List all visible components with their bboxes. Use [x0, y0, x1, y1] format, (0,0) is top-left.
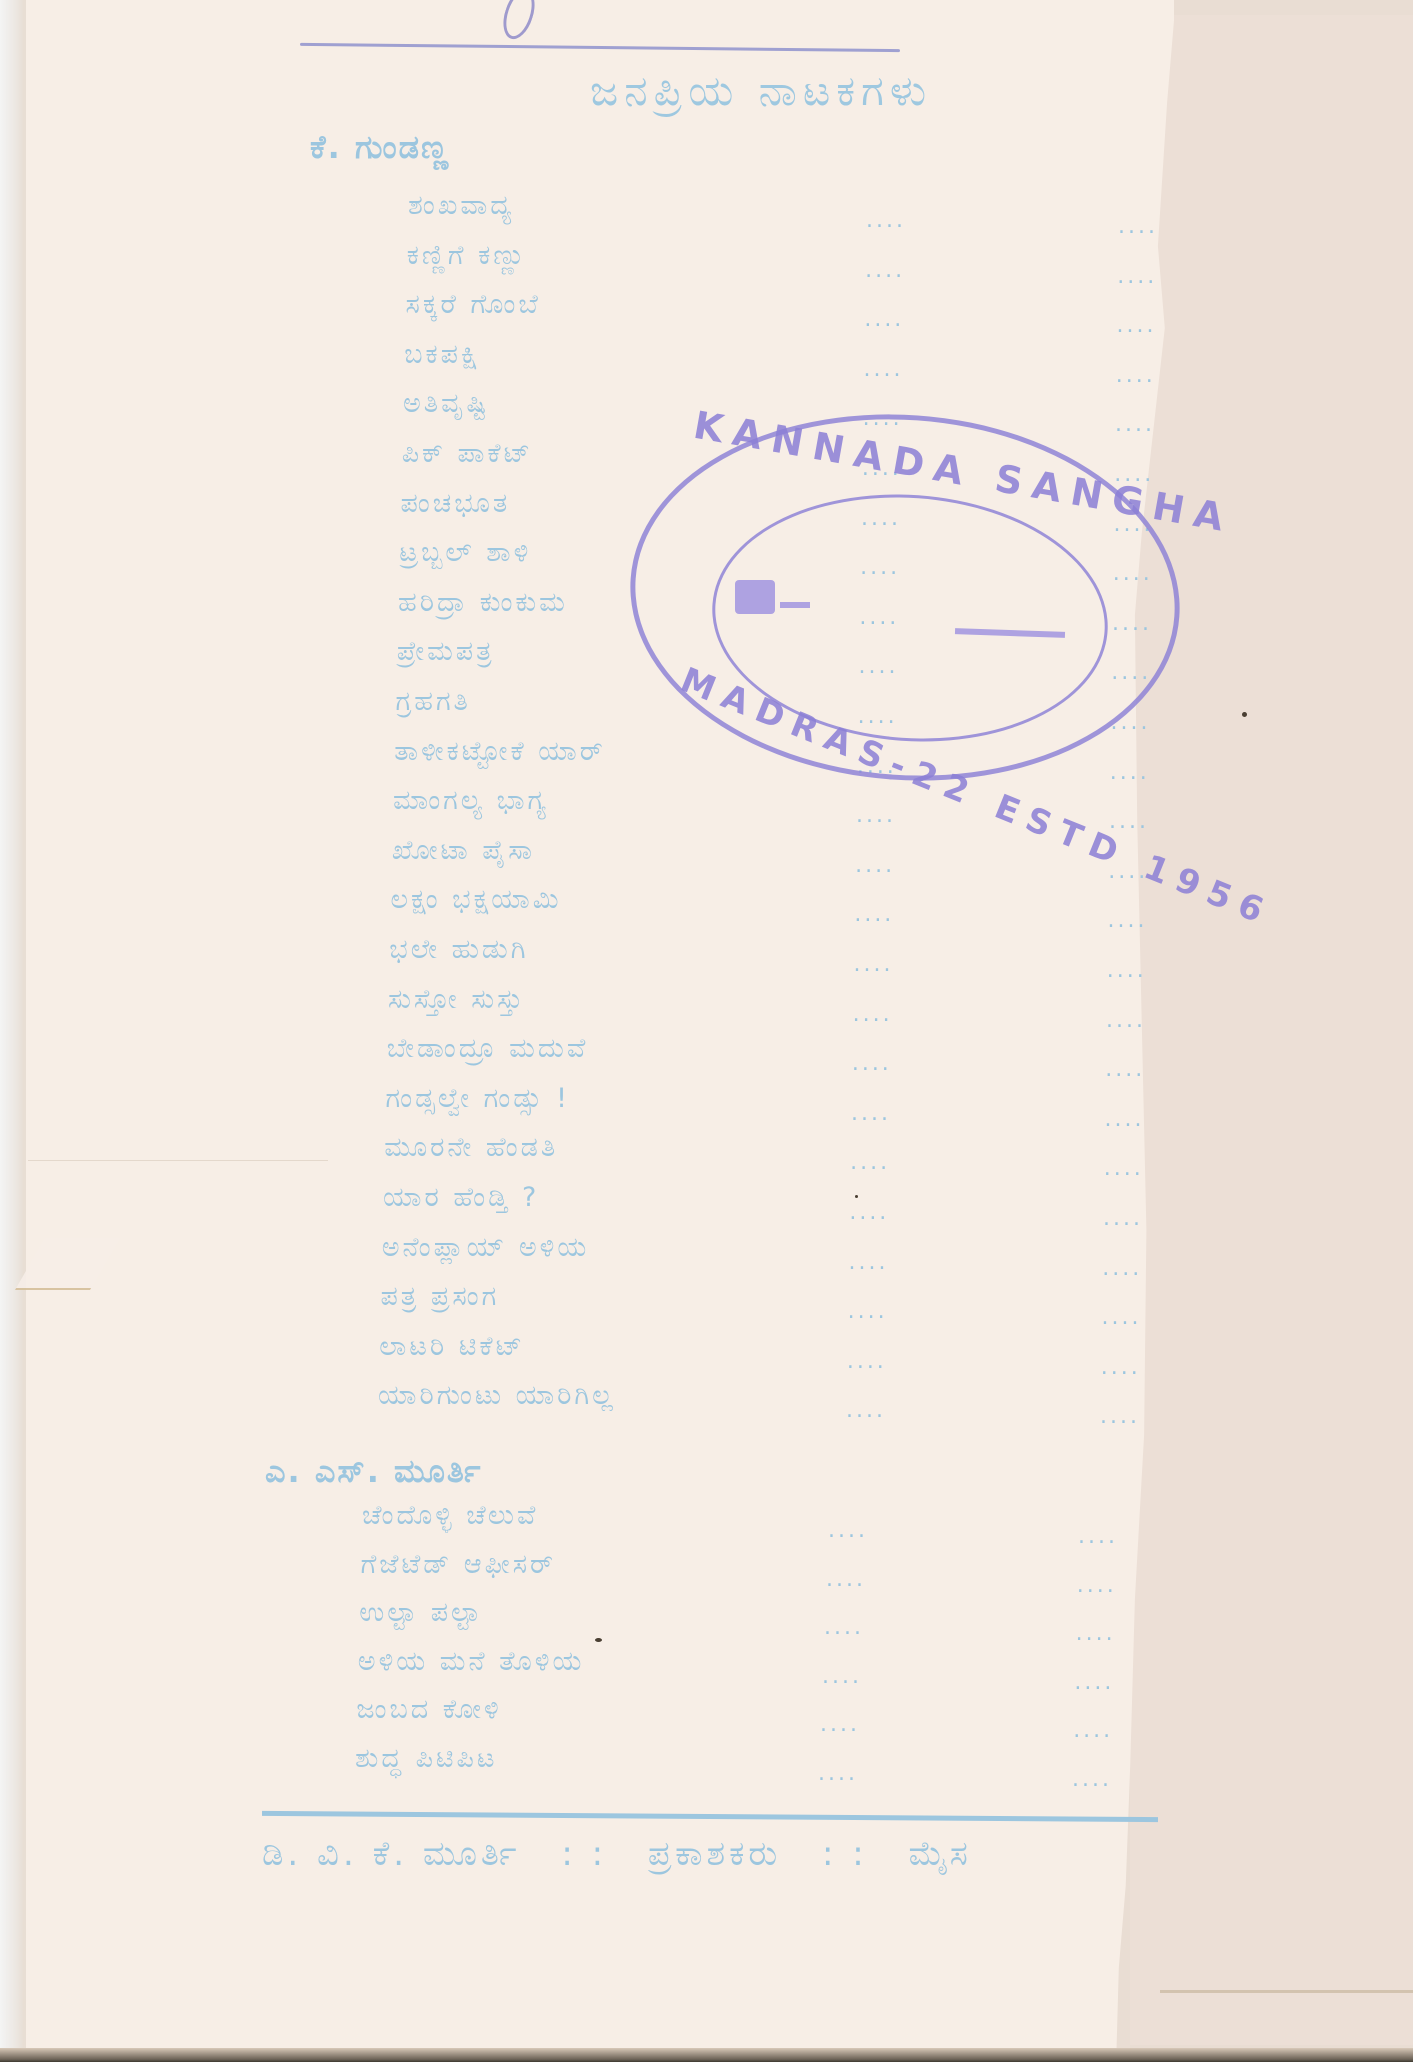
play-title: ಯಾರಿಗುಂಟು ಯಾರಿಗಿಲ್ಲ — [378, 1380, 616, 1412]
play-title: ಸುಸ್ತೋ ಸುಸ್ತು — [388, 984, 525, 1016]
price-leader-dots: .... — [846, 1400, 886, 1422]
author-heading: ಕೆ. ಗುಂಡಣ್ಣ — [310, 128, 450, 167]
page-title: ಜನಪ್ರಿಯ ನಾಟಕಗಳು — [590, 66, 932, 116]
play-title: ಖೋಟಾ ಪೈಸಾ — [392, 835, 535, 867]
price-leader-dots: .... — [1103, 1208, 1143, 1230]
play-title: ಅನೆಂಪ್ಲಾಯ್ ಅಳಿಯ — [382, 1232, 590, 1264]
price-leader-dots: .... — [852, 1053, 892, 1075]
publisher-footer: ಡಿ. ವಿ. ಕೆ. ಮೂರ್ತಿ : : ಪ್ರಕಾಶಕರು : : ಮೈಸ — [262, 1834, 998, 1874]
price-leader-dots: .... — [828, 1520, 868, 1542]
play-title: ಜಂಬದ ಕೋಳಿ — [356, 1694, 501, 1726]
price-leader-dots: .... — [1073, 1720, 1113, 1742]
play-title: ಮಾಂಗಲ್ಯ ಭಾಗ್ಯ — [393, 785, 549, 817]
price-leader-dots: .... — [820, 1714, 860, 1736]
price-leader-dots: .... — [1102, 1258, 1142, 1280]
play-title: ಚೆಂದೊಳ್ಳಿ ಚೆಲುವೆ — [362, 1500, 538, 1532]
play-title: ಲಾಟರಿ ಟಿಕೆಟ್ — [379, 1331, 525, 1363]
price-leader-dots: .... — [1104, 1158, 1144, 1180]
paper-speck — [595, 1638, 602, 1642]
fold-crease — [28, 1160, 328, 1161]
play-title: ಉಲ್ಟಾ ಪಲ್ಟಾ — [359, 1597, 483, 1629]
price-leader-dots: .... — [864, 359, 904, 381]
price-leader-dots: .... — [1115, 414, 1155, 436]
price-leader-dots: .... — [865, 260, 905, 282]
publisher-name: ಡಿ. ವಿ. ಕೆ. ಮೂರ್ತಿ — [262, 1834, 521, 1874]
play-title: ತಾಳೀಕಟ್ಟೋಕೆ ಯಾರ್ — [394, 736, 605, 768]
price-leader-dots: .... — [1077, 1575, 1117, 1597]
price-leader-dots: .... — [1110, 762, 1150, 784]
price-leader-dots: .... — [1101, 1357, 1141, 1379]
play-title: ಬೇಡಾಂದ್ರೂ ಮದುವೆ — [387, 1033, 589, 1065]
paper-speck — [855, 1195, 858, 1198]
play-title: ಅಳಿಯ ಮನೆ ತೊಳಿಯ — [358, 1646, 585, 1678]
price-leader-dots: .... — [822, 1666, 862, 1688]
price-leader-dots: .... — [855, 855, 895, 877]
price-leader-dots: .... — [847, 1351, 887, 1373]
price-leader-dots: .... — [824, 1617, 864, 1639]
publisher-role: ಪ್ರಕಾಶಕರು — [648, 1834, 781, 1874]
price-leader-dots: .... — [1116, 365, 1156, 387]
price-leader-dots: .... — [1117, 315, 1157, 337]
play-title: ಸಕ್ಕರೆ ಗೊಂಬೆ — [406, 289, 541, 321]
price-leader-dots: .... — [1072, 1769, 1112, 1791]
stamp-ink-mark — [735, 580, 775, 614]
price-leader-dots: .... — [848, 1301, 888, 1323]
price-leader-dots: .... — [1074, 1672, 1114, 1694]
price-leader-dots: .... — [1102, 1307, 1142, 1329]
book-bottom-edge — [0, 2048, 1413, 2062]
play-title: ಟ್ರಬ್ಬಲ್ ಶಾಳಿ — [399, 537, 531, 569]
play-title: ಯಾರ ಹೆಂಡ್ತಿ ? — [383, 1182, 539, 1214]
price-leader-dots: .... — [1118, 216, 1158, 238]
play-title: ಅತಿವೃಷ್ಟಿ — [403, 388, 490, 420]
price-leader-dots: .... — [1105, 1109, 1145, 1131]
play-title: ಪ್ರೇಮಪತ್ರ — [397, 636, 495, 668]
price-leader-dots: .... — [850, 1152, 890, 1174]
book-spine — [0, 0, 26, 2062]
price-leader-dots: .... — [849, 1252, 889, 1274]
play-title: ಹರಿದ್ರಾ ಕುಂಕುಮ — [398, 587, 568, 619]
price-leader-dots: .... — [1076, 1623, 1116, 1645]
footer-separator: : : — [822, 1834, 868, 1874]
price-leader-dots: .... — [854, 904, 894, 926]
price-leader-dots: .... — [854, 954, 894, 976]
play-title: ಲಕ್ಷಂ ಭಕ್ಷಯಾಮಿ — [391, 884, 562, 916]
play-title: ಪಂಚಭೂತ — [401, 488, 511, 520]
play-title: ಗಂಡ್ಸಲ್ವೇ ಗಂಡ್ಸು ! — [386, 1083, 570, 1115]
price-leader-dots: .... — [849, 1202, 889, 1224]
price-leader-dots: .... — [1106, 1010, 1146, 1032]
publisher-city: ಮೈಸ — [909, 1834, 972, 1874]
author-heading: ಎ. ಎಸ್. ಮೂರ್ತಿ — [265, 1452, 482, 1491]
price-leader-dots: .... — [826, 1569, 866, 1591]
price-leader-dots: .... — [853, 1004, 893, 1026]
price-leader-dots: .... — [1108, 910, 1148, 932]
price-leader-dots: .... — [864, 309, 904, 331]
play-title: ಪತ್ರ ಪ್ರಸಂಗ — [381, 1281, 500, 1313]
play-title: ಗ್ರಹಗತಿ — [396, 686, 471, 718]
play-title: ಗೆಜೆಟೆಡ್ ಆಫೀಸರ್ — [361, 1549, 556, 1581]
price-leader-dots: .... — [856, 805, 896, 827]
play-title: ಭಲೇ ಹುಡುಗಿ — [389, 934, 528, 966]
price-leader-dots: .... — [851, 1103, 891, 1125]
underlying-page-edge — [1160, 1990, 1413, 1993]
play-title: ಮೂರನೇ ಹೆಂಡತಿ — [384, 1132, 558, 1164]
torn-page — [24, 0, 1174, 2050]
underlying-page — [1130, 15, 1413, 2045]
play-title: ಶಂಖವಾದ್ಯ — [408, 190, 514, 222]
price-leader-dots: .... — [1117, 266, 1157, 288]
stamp-ink-mark — [780, 602, 810, 608]
paper-speck — [1242, 712, 1247, 717]
play-title: ಕಣ್ಣಿಗೆ ಕಣ್ಣು — [407, 240, 528, 272]
play-title: ಬಕಪಕ್ಷಿ — [404, 339, 481, 371]
price-leader-dots: .... — [866, 210, 906, 232]
footer-separator: : : — [561, 1834, 607, 1874]
play-title: ಶುದ್ಧ ಪಿಟಿಪಿಟ — [355, 1743, 497, 1775]
price-leader-dots: .... — [1105, 1059, 1145, 1081]
price-leader-dots: .... — [1107, 960, 1147, 982]
play-title: ಪಿಕ್ ಪಾಕೆಟ್ — [402, 438, 533, 470]
price-leader-dots: .... — [1100, 1406, 1140, 1428]
price-leader-dots: .... — [818, 1763, 858, 1785]
price-leader-dots: .... — [1109, 811, 1149, 833]
price-leader-dots: .... — [1078, 1526, 1118, 1548]
